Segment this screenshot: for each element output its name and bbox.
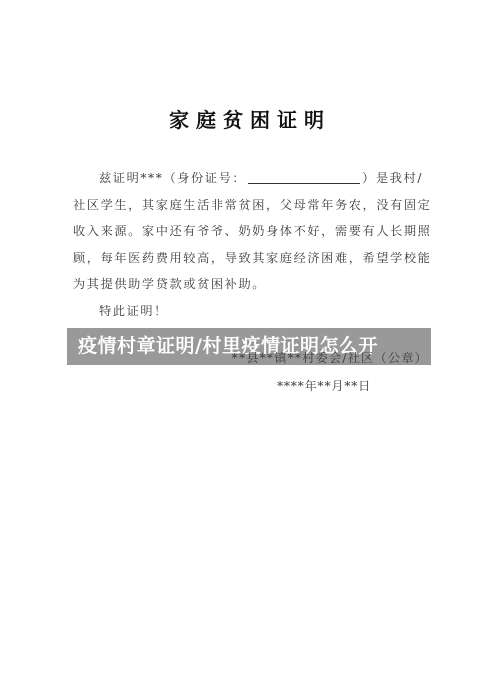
- document-title: 家庭贫困证明: [0, 104, 500, 133]
- issue-date: ****年**月**日: [277, 377, 371, 394]
- closing-line: 特此证明！: [73, 298, 429, 325]
- document-body: 兹证明***（身份证号：）是我村/ 社区学生，其家庭生活非常贫困，父母常年务农，…: [73, 165, 429, 325]
- body-line-1: 兹证明***（身份证号：）是我村/: [73, 165, 429, 192]
- id-suffix-text: ）是我村/: [362, 171, 423, 185]
- issuer-signature: **县**镇**村委会/社区（公章）: [232, 349, 428, 366]
- body-line-2: 社区学生，其家庭生活非常贫困，父母常年务农，没有固定: [73, 192, 429, 219]
- body-line-4: 顾，每年医药费用较高，导致其家庭经济困难，希望学校能: [73, 245, 429, 272]
- body-line-3: 收入来源。家中还有爷爷、奶奶身体不好，需要有人长期照: [73, 218, 429, 245]
- id-number-blank: [248, 171, 360, 184]
- certificate-document: 家庭贫困证明 兹证明***（身份证号：）是我村/ 社区学生，其家庭生活非常贫困，…: [0, 0, 500, 693]
- body-line-5: 为其提供助学贷款或贫困补助。: [73, 271, 429, 298]
- id-prefix-text: 兹证明***（身份证号：: [99, 171, 246, 185]
